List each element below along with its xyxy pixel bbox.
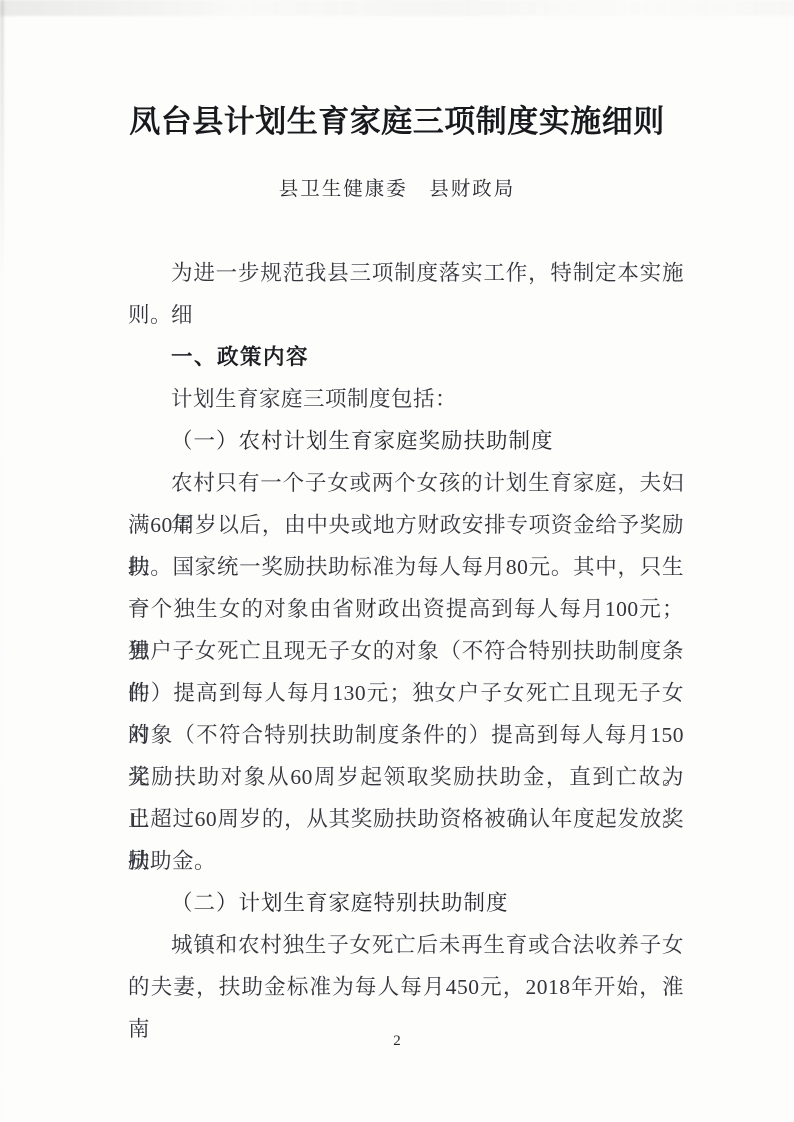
- text-line: （一）农村计划生育家庭奖励扶助制度: [128, 420, 684, 462]
- scan-noise-top: [0, 0, 794, 16]
- document-authors: 县卫生健康委 县财政局: [0, 177, 794, 203]
- text-line: 男户子女死亡且现无子女的对象（不符合特别扶助制度条件: [128, 630, 684, 672]
- text-line: 的夫妻，扶助金标准为每人每月450元，2018年开始，淮南: [128, 966, 684, 1008]
- text-line: 奖励扶助对象从60周岁起领取奖励扶助金，直到亡故为止。: [128, 756, 684, 798]
- page-number: 2: [0, 1033, 794, 1050]
- text-line: 的）提高到每人每月130元；独女户子女死亡且现无子女的: [128, 672, 684, 714]
- text-line: 扶助金。: [128, 840, 684, 882]
- text-line: 城镇和农村独生子女死亡后未再生育或合法收养子女: [128, 924, 684, 966]
- document-page: 凤台县计划生育家庭三项制度实施细则 县卫生健康委 县财政局 为进一步规范我县三项…: [0, 0, 794, 1122]
- scan-noise-left: [0, 0, 4, 1122]
- text-line: （二）计划生育家庭特别扶助制度: [128, 882, 684, 924]
- text-line: 满60周岁以后，由中央或地方财政安排专项资金给予奖励扶: [128, 504, 684, 546]
- text-line: 已超过60周岁的，从其奖励扶助资格被确认年度起发放奖励: [128, 798, 684, 840]
- text-line: 为进一步规范我县三项制度落实工作，特制定本实施细: [128, 252, 684, 294]
- text-line: 助。国家统一奖励扶助标准为每人每月80元。其中，只生育: [128, 546, 684, 588]
- text-line: 计划生育家庭三项制度包括：: [128, 378, 684, 420]
- text-line: 对象（不符合特别扶助制度条件的）提高到每人每月150元。: [128, 714, 684, 756]
- text-line: 则。: [128, 294, 684, 336]
- text-line: 一个独生女的对象由省财政出资提高到每人每月100元；独: [128, 588, 684, 630]
- text-line: 一、政策内容: [128, 336, 684, 378]
- text-line: 农村只有一个子女或两个女孩的计划生育家庭，夫妇年: [128, 462, 684, 504]
- document-title: 凤台县计划生育家庭三项制度实施细则: [0, 0, 794, 143]
- document-body: 为进一步规范我县三项制度落实工作，特制定本实施细则。一、政策内容计划生育家庭三项…: [128, 252, 684, 1008]
